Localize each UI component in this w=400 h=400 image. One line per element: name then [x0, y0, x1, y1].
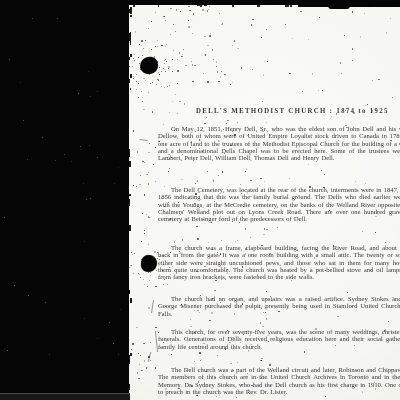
paragraph-organ-pulpit: The church had an organ, and upstairs wa… — [158, 296, 400, 318]
paragraph-circuit-history: The Dell church was a part of the Wellan… — [158, 367, 400, 396]
paragraph-building: The church was a frame, clapboard buildi… — [158, 245, 400, 281]
paragraph-cemetery: The Dell Cemetery, was located at the re… — [158, 187, 400, 223]
scan-edge-black-blob — [328, 0, 350, 9]
scanned-page: DELL'S METHODIST CHURCH : 1874 to 1925 O… — [0, 0, 400, 400]
scan-edge-black-left — [0, 0, 129, 400]
scan-edge-gray-bottom-left — [0, 393, 130, 400]
paragraph-founding: On May 12, 1851, Henry Dell, Sr., who wa… — [158, 126, 400, 162]
paragraph-community-life: This church, for over seventy-five years… — [158, 329, 400, 351]
document-title: DELL'S METHODIST CHURCH : 1874 to 1925 — [196, 108, 389, 115]
